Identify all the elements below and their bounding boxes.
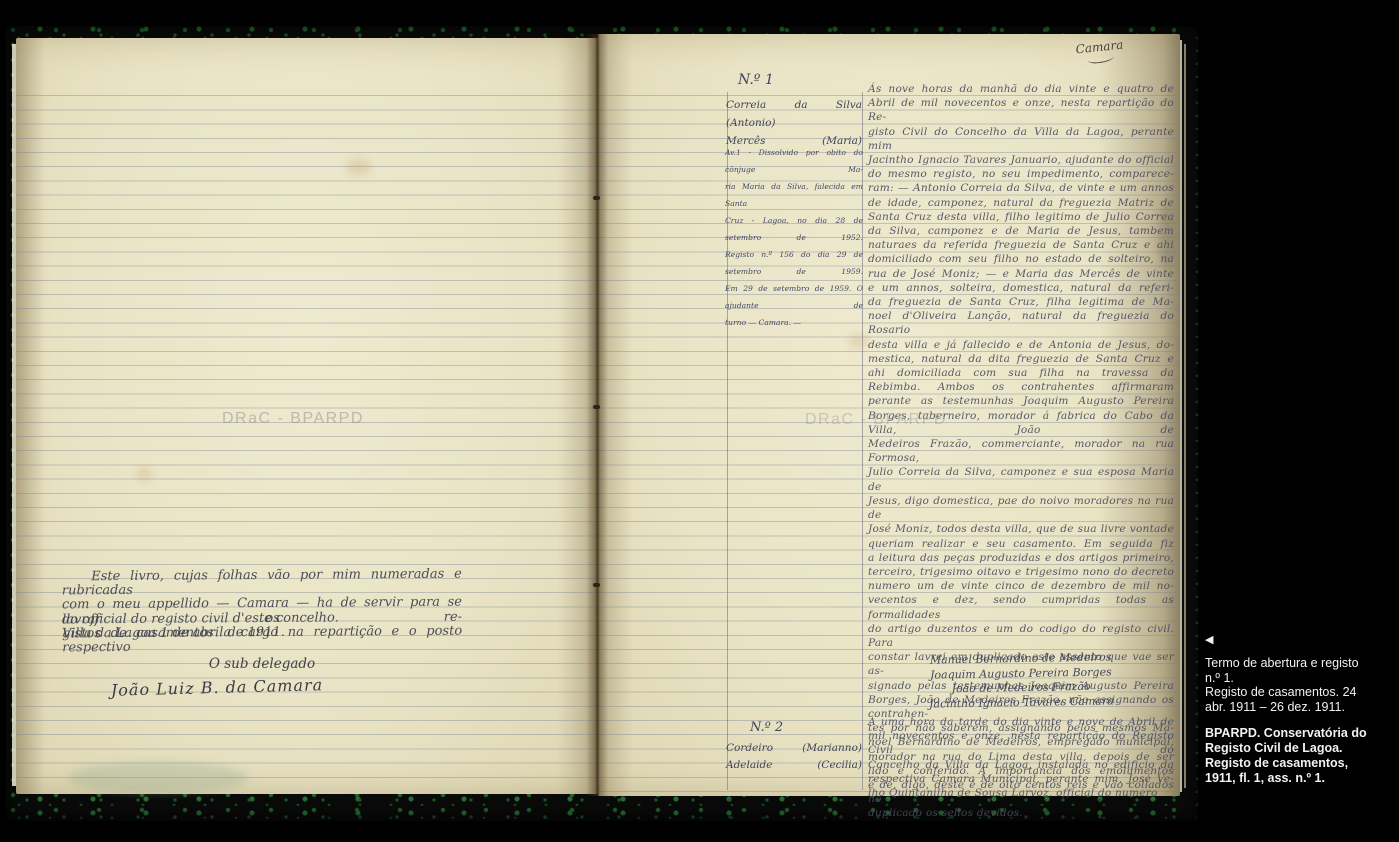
- record1-number-label: N.º 1: [738, 72, 774, 88]
- page-edge-right: [1180, 40, 1182, 792]
- stain-green: [68, 762, 248, 794]
- right-page: Camara N.º 1 Correia da Silva (Antonio)M…: [598, 34, 1180, 796]
- caption-title: Termo de abertura e registon.º 1.Registo…: [1205, 656, 1397, 714]
- opening-statement-tail: do official do registo civil d'este conc…: [62, 611, 462, 642]
- record2-body-text: A uma hora da tarde do dia vinte e nove …: [868, 715, 1174, 800]
- caption-panel: ◀ Termo de abertura e registon.º 1.Regis…: [1205, 634, 1397, 786]
- record1-signatures: Manuel Bernardino de MedeirosJoaquim Aug…: [868, 649, 1175, 712]
- arrow-left-icon: ◀: [1205, 634, 1397, 646]
- stain-foxing-3: [848, 334, 868, 348]
- stain-foxing-1: [346, 158, 372, 176]
- binding-stitch-2: [593, 405, 600, 409]
- book-gutter: [586, 34, 608, 796]
- archive-watermark-left: DRaC - BPARPD: [222, 410, 364, 428]
- left-page: Este livro, cujas folhas vão por mim num…: [16, 38, 598, 794]
- archive-watermark-right: DRaC - BPARPD: [805, 411, 947, 429]
- binding-stitch-1: [593, 196, 600, 200]
- caption-source-reference: BPARPD. Conservatória doRegisto Civil de…: [1205, 726, 1397, 786]
- stain-smudge-edge: [1158, 202, 1174, 272]
- stain-foxing-2: [136, 468, 152, 480]
- page-edge-right-2: [1184, 44, 1186, 788]
- record1-margin-names: Correia da Silva (Antonio)Mercês (Maria): [726, 96, 862, 150]
- record2-margin-names: Cordeiro (Marianno)Adelaide (Cecilia): [726, 740, 862, 774]
- sub-delegate-role-line: O sub delegado: [62, 656, 462, 672]
- archival-photo-page: Este livro, cujas folhas vão por mim num…: [0, 0, 1399, 842]
- binding-stitch-3: [593, 583, 600, 587]
- record2-number-label: N.º 2: [750, 720, 783, 735]
- record1-margin-annotation: Av.1 - Dissolvido por obito do cônjuge M…: [725, 144, 863, 331]
